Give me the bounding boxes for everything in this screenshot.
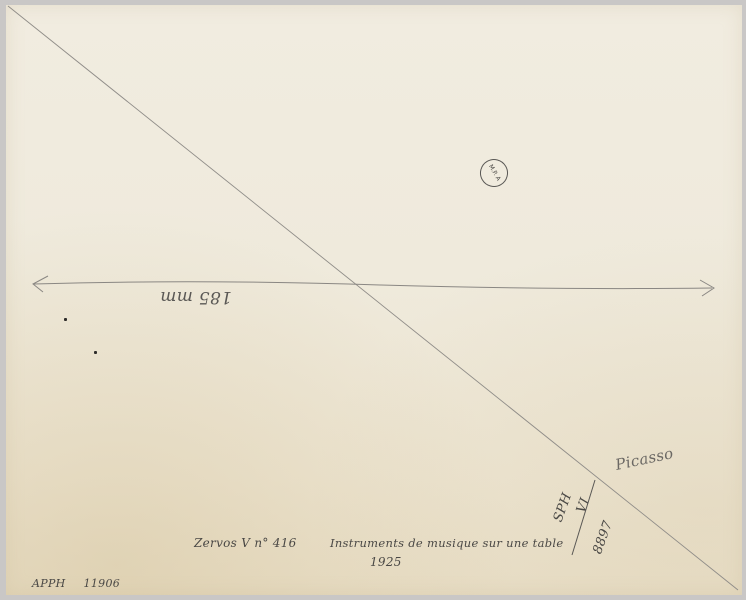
diagonal-line	[8, 6, 738, 590]
stamp-text: M.P. A	[487, 164, 501, 182]
inventory-reference: Zervos V n° 416	[194, 536, 297, 550]
artwork-year: 1925	[370, 555, 402, 569]
pencil-dot	[94, 351, 97, 354]
pencil-lines	[0, 0, 746, 600]
archive-prefix: APPH	[32, 577, 66, 590]
pencil-dot	[64, 318, 67, 321]
archive-number: APPH 11906	[32, 577, 120, 590]
artwork-title: Instruments de musique sur une table	[330, 536, 563, 550]
archive-id: 11906	[84, 577, 121, 590]
dimension-annotation: 185 mm	[160, 287, 232, 307]
dimension-arrow	[33, 276, 714, 296]
